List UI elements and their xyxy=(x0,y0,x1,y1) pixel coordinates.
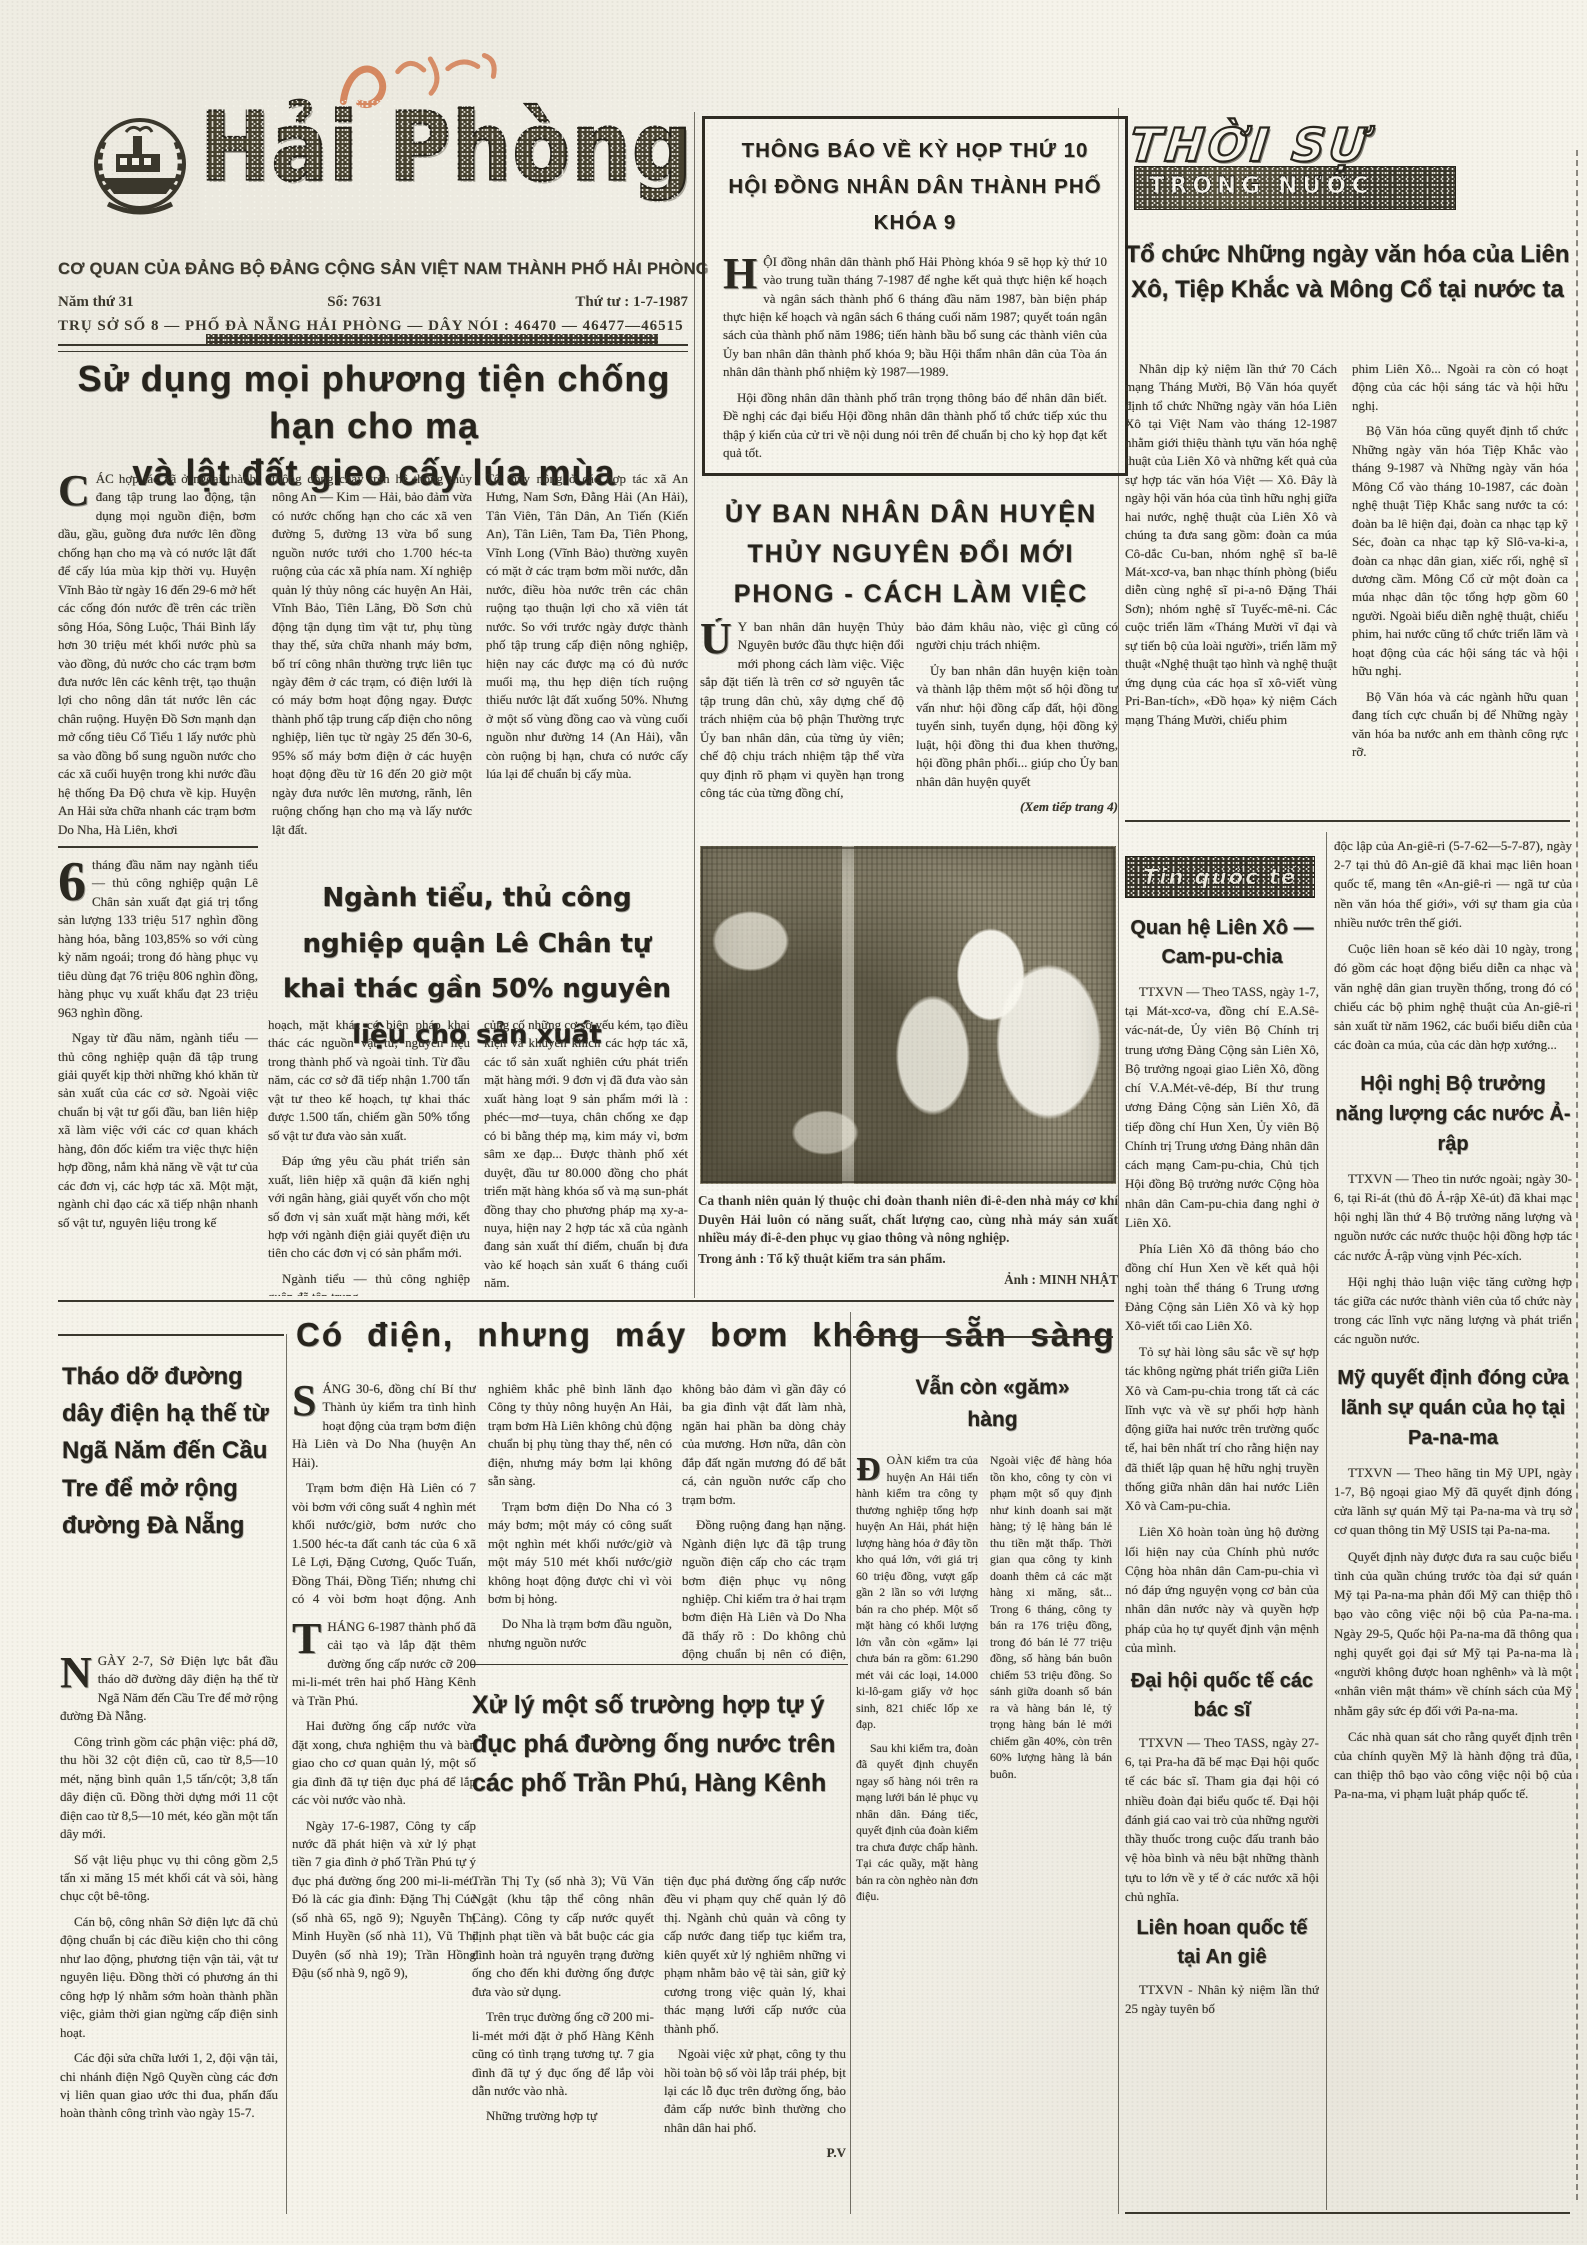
section-rule xyxy=(853,1336,1113,1338)
banner-bar: TRONG NƯỚC xyxy=(1134,166,1456,210)
photo-caption-2: Trong ảnh : Tổ kỹ thuật kiểm tra sản phẩ… xyxy=(698,1250,1118,1269)
paragraph: không bảo đảm vì gần đây có ba gia đình … xyxy=(682,1380,846,1509)
doctors-headline: Đại hội quốc tế các bác sĩ xyxy=(1125,1667,1319,1725)
paragraph: TTXVN - Nhân kỷ niệm lần thứ 25 ngày tuy… xyxy=(1125,1980,1319,2018)
culture-column-1: Nhân dịp kỷ niệm lần thứ 70 Cách mạng Th… xyxy=(1125,360,1337,812)
committee-column-1: ỦY ban nhân dân huyện Thủy Nguyên bước đ… xyxy=(700,618,904,830)
paragraph: phim Liên Xô... Ngoài ra còn có hoạt độn… xyxy=(1352,360,1568,415)
paragraph: Trạm bơm điện Hà Liên có 7 vòi bơm với c… xyxy=(292,1479,476,1608)
paragraph: ỦY ban nhân dân huyện Thủy Nguyên bước đ… xyxy=(700,618,904,803)
panama-headline: Mỹ quyết định đóng cửa lãnh sự quán của … xyxy=(1334,1363,1572,1453)
pumps-column-2: nghiêm khắc phê bình lãnh đạo Công ty th… xyxy=(488,1380,672,1662)
lead-column-1: CÁC hợp tác xã ở ngoại thành đang tập tr… xyxy=(58,470,256,838)
column-rule xyxy=(694,112,695,1298)
paragraph: Đáp ứng yêu cầu phát triển sản xuất, liê… xyxy=(268,1152,470,1263)
paragraph: thông dòng chảy trên hệ thống thủy nông … xyxy=(272,470,472,838)
banner-text-bottom: TRONG NƯỚC xyxy=(1149,173,1374,199)
paragraph: TTXVN — Theo TASS, ngày 27-6, tại Pra-ha… xyxy=(1125,1733,1319,1906)
section-rule xyxy=(58,846,258,848)
culture-headline: Tổ chức Những ngày văn hóa của Liên Xô, … xyxy=(1125,238,1570,308)
paragraph: nghiêm khắc phê bình lãnh đạo Công ty th… xyxy=(488,1380,672,1491)
paragraph: Hội nghị thảo luận việc tăng cường hợp t… xyxy=(1334,1272,1572,1349)
section-rule xyxy=(58,1334,284,1336)
paragraph: Do Nha là trạm bơm đầu nguồn, nhưng nguồ… xyxy=(488,1615,672,1652)
paragraph: Tỏ sự hài lòng sâu sắc về sự hợp tác khô… xyxy=(1125,1342,1319,1515)
paragraph: SÁNG 30-6, đồng chí Bí thư Thành ủy kiểm… xyxy=(292,1380,476,1472)
paragraph: ĐOÀN kiểm tra của huyện An Hải tiến hành… xyxy=(856,1452,978,1733)
paragraph: Quyết định này được đưa ra sau cuộc biểu… xyxy=(1334,1547,1572,1720)
banner-text-top: THỜI SỰ xyxy=(1127,118,1373,172)
dropcap: H xyxy=(723,253,763,291)
paragraph: Hai đường ống cấp nước vừa đặt xong, chư… xyxy=(292,1717,476,1809)
column-rule xyxy=(1326,832,1327,2210)
masthead-tagline: CƠ QUAN CỦA ĐẢNG BỘ ĐẢNG CỘNG SẢN VIỆT N… xyxy=(58,260,688,279)
paragraph: Phía Liên Xô đã thông báo cho đồng chí H… xyxy=(1125,1239,1319,1335)
pipes-column-2: tiện đục phá đường ống cấp nước đều vi p… xyxy=(664,1872,846,2214)
masthead-emblem xyxy=(86,112,194,232)
thoi-su-banner: THỜI SỰ TRONG NƯỚC xyxy=(1130,122,1470,218)
world-right-column: độc lập của An-giê-ri (5-7-62—5-7-87), n… xyxy=(1334,836,1572,2210)
committee-headline: ỦY BAN NHÂN DÂN HUYỆN THỦY NGUYÊN ĐỔI MỚ… xyxy=(704,494,1118,614)
paragraph: Ngày 17-6-1987, Công ty cấp nước đã phát… xyxy=(292,1817,476,1983)
section-rule xyxy=(470,1664,848,1665)
festival-headline: Liên hoan quốc tế tại An giê xyxy=(1125,1914,1319,1972)
continued-note: (Xem tiếp trang 4) xyxy=(916,798,1118,816)
paragraph: Cuộc liên hoan sẽ kéo dài 10 ngày, trong… xyxy=(1334,939,1572,1054)
paragraph: Trạm bơm điện Do Nha có 3 máy bơm; một m… xyxy=(488,1498,672,1609)
paragraph: củng cố những cơ sở yếu kém, tạo điều ki… xyxy=(484,1016,688,1293)
dropcap: C xyxy=(58,470,96,508)
paragraph: Những trường hợp tự xyxy=(472,2107,654,2125)
cambodia-headline: Quan hệ Liên Xô — Cam-pu-chia xyxy=(1125,914,1319,972)
section-rule xyxy=(58,1300,1114,1302)
paragraph: Các đội sửa chữa lưới 1, 2, đội vận tải,… xyxy=(60,2049,278,2123)
paragraph: Hội đồng nhân dân thành phố trân trọng t… xyxy=(723,389,1107,463)
paragraph: tiện đục phá đường ống cấp nước đều vi p… xyxy=(664,1872,846,2038)
lechan-column-3: củng cố những cơ sở yếu kém, tạo điều ki… xyxy=(484,1016,688,1296)
paragraph: Số vật liệu phục vụ thi công gồm 2,5 tấn… xyxy=(60,1851,278,1906)
paragraph: Cán bộ, công nhân Sở điện lực đã chủ độn… xyxy=(60,1913,278,2042)
pipes-column-1: Trần Thị Tỵ (số nhà 3); Vũ Văn Ngật (khu… xyxy=(472,1872,654,2214)
article-photo xyxy=(700,846,1116,1184)
photo-credit: Ảnh : MINH NHẬT xyxy=(698,1271,1118,1290)
masthead-title-underline xyxy=(206,334,658,344)
dropcap: Đ xyxy=(856,1452,887,1484)
byline: P.V xyxy=(664,2144,846,2162)
pipes-left-column: THÁNG 6-1987 thành phố đã cải tạo và lắp… xyxy=(292,1618,476,2214)
culture-column-2: phim Liên Xô... Ngoài ra còn có hoạt độn… xyxy=(1352,360,1568,812)
world-news-banner: Tin quốc tế xyxy=(1125,856,1315,898)
paragraph-text: ÁC hợp tác xã ở ngoại thành đang tập tru… xyxy=(58,471,256,837)
masthead-address: TRỤ SỞ SỐ 8 — PHỐ ĐÀ NẴNG HẢI PHÒNG — DÂ… xyxy=(58,318,688,335)
paragraph: HỘI đồng nhân dân thành phố Hải Phòng kh… xyxy=(723,253,1107,382)
masthead-info-row: Năm thứ 31 Số: 7631 Thứ tư : 1-7-1987 xyxy=(58,294,688,311)
paragraph: Đồng ruộng đang hạn nặng. Ngành điện lực… xyxy=(682,1516,846,1662)
dropcap: N xyxy=(60,1652,98,1690)
announcement-box: THÔNG BÁO VỀ KỲ HỌP THỨ 10 HỘI ĐỒNG NHÂN… xyxy=(702,116,1128,476)
power-headline: Tháo dỡ đường dây điện hạ thế từ Ngã Năm… xyxy=(62,1358,276,1544)
lead-column-2: thông dòng chảy trên hệ thống thủy nông … xyxy=(272,470,472,838)
paragraph: TTXVN — Theo hãng tin Mỹ UPI, ngày 1-7, … xyxy=(1334,1463,1572,1540)
power-column: NGÀY 2-7, Sở Điện lực bắt đầu tháo dỡ đư… xyxy=(60,1652,278,2214)
paragraph: Ngành tiểu — thủ công nghiệp quận đã tập… xyxy=(268,1270,470,1296)
pumps-headline: Có điện, nhưng máy bơm không sẵn sàng xyxy=(296,1316,1096,1354)
section-rule xyxy=(1125,820,1570,822)
world-left-column: Tin quốc tế Quan hệ Liên Xô — Cam-pu-chi… xyxy=(1125,856,1319,2210)
dropcap: S xyxy=(292,1380,322,1418)
committee-column-2: bảo đảm khâu nào, việc gì cũng có người … xyxy=(916,618,1118,830)
hoard-headline: Vẫn còn «găm» hàng xyxy=(900,1372,1085,1435)
paragraph: độc lập của An-giê-ri (5-7-62—5-7-87), n… xyxy=(1334,836,1572,932)
lead-headline-line1: Sử dụng mọi phương tiện chống hạn cho mạ xyxy=(58,356,690,450)
newspaper-page: Hải Phòng CƠ QUAN CỦA ĐẢNG BỘ ĐẢNG CỘNG … xyxy=(0,0,1587,2245)
paragraph: TTXVN — Theo TASS, ngày 1-7, tại Mát-xcơ… xyxy=(1125,982,1319,1232)
scan-edge-marks xyxy=(1576,150,1578,2200)
paragraph: Ngoài việc để hàng hóa tồn kho, công ty … xyxy=(990,1452,1112,1782)
paragraph: Công trình gồm các phận việc: phá dỡ, th… xyxy=(60,1733,278,1844)
paragraph: Trần Thị Tỵ (số nhà 3); Vũ Văn Ngật (khu… xyxy=(472,1872,654,2001)
paragraph: Bộ Văn hóa và các ngành hữu quan đang tí… xyxy=(1352,688,1568,762)
paragraph: TTXVN — Theo tin nước ngoài; ngày 30-6, … xyxy=(1334,1169,1572,1265)
energy-headline: Hội nghị Bộ trưởng năng lượng các nước Ả… xyxy=(1334,1069,1572,1159)
paragraph: CÁC hợp tác xã ở ngoại thành đang tập tr… xyxy=(58,470,256,838)
photo-caption: Ca thanh niên quản lý thuộc chi đoàn tha… xyxy=(698,1192,1118,1248)
masthead-issue: Số: 7631 xyxy=(327,294,382,311)
lead-column-3: Tổ thủy nông ở các hợp tác xã An Hưng, N… xyxy=(486,470,688,838)
paragraph: Nhân dịp kỷ niệm lần thứ 70 Cách mạng Th… xyxy=(1125,360,1337,729)
lechan-intro-column: 6tháng đầu năm nay ngành tiểu — thủ công… xyxy=(58,856,258,1296)
column-rule xyxy=(286,1334,287,2214)
paragraph-text: OÀN kiểm tra của huyện An Hải tiến hành … xyxy=(856,1453,978,1731)
masthead-date: Thứ tư : 1-7-1987 xyxy=(575,294,688,311)
bottom-rule xyxy=(1125,2212,1570,2214)
paragraph: Trên trục đường ống cỡ 200 mi-li-mét mới… xyxy=(472,2008,654,2100)
lechan-column-2: hoạch, mặt khác có biện pháp khai thác c… xyxy=(268,1016,470,1296)
paragraph: Liên Xô hoàn toàn ủng hộ đường lối hiện … xyxy=(1125,1522,1319,1657)
paragraph: hoạch, mặt khác có biện pháp khai thác c… xyxy=(268,1016,470,1145)
paragraph-text: ỘI đồng nhân dân thành phố Hải Phòng khó… xyxy=(723,254,1107,380)
masthead-year: Năm thứ 31 xyxy=(58,294,134,311)
paragraph: 6tháng đầu năm nay ngành tiểu — thủ công… xyxy=(58,856,258,1022)
pumps-column-1: SÁNG 30-6, đồng chí Bí thư Thành ủy kiểm… xyxy=(292,1380,476,1608)
photo-caption-block: Ca thanh niên quản lý thuộc chi đoàn tha… xyxy=(698,1192,1118,1290)
paragraph: Ngoài việc xử phạt, công ty thu hồi toàn… xyxy=(664,2045,846,2137)
masthead-title-wrap: Hải Phòng xyxy=(200,100,680,220)
paragraph: NGÀY 2-7, Sở Điện lực bắt đầu tháo dỡ đư… xyxy=(60,1652,278,1726)
paragraph: Ủy ban nhân dân huyện kiện toàn và thành… xyxy=(916,662,1118,791)
newspaper-title: Hải Phòng xyxy=(200,100,680,194)
masthead-rule xyxy=(58,344,688,352)
pumps-column-3: không bảo đảm vì gần đây có ba gia đình … xyxy=(682,1380,846,1662)
dropcap: Ủ xyxy=(700,618,738,656)
column-rule xyxy=(850,1312,851,2214)
city-emblem-icon xyxy=(86,112,194,232)
dropcap: 6 xyxy=(58,856,92,904)
dropcap: T xyxy=(292,1618,327,1656)
hoard-column-2: Ngoài việc để hàng hóa tồn kho, công ty … xyxy=(990,1452,1112,2212)
paragraph: THÁNG 6-1987 thành phố đã cải tạo và lắp… xyxy=(292,1618,476,1710)
paragraph: Tổ thủy nông ở các hợp tác xã An Hưng, N… xyxy=(486,470,688,784)
paragraph: Ngay từ đầu năm, ngành tiểu — thủ công n… xyxy=(58,1029,258,1232)
hoard-column-1: ĐOÀN kiểm tra của huyện An Hải tiến hành… xyxy=(856,1452,978,2212)
paragraph: Các nhà quan sát cho rằng quyết định trê… xyxy=(1334,1727,1572,1804)
announcement-title: THÔNG BÁO VỀ KỲ HỌP THỨ 10 HỘI ĐỒNG NHÂN… xyxy=(723,133,1107,241)
paragraph: Sau khi kiểm tra, đoàn đã quyết định chu… xyxy=(856,1740,978,1905)
paragraph: bảo đảm khâu nào, việc gì cũng có người … xyxy=(916,618,1118,655)
paragraph: Bộ Văn hóa cũng quyết định tổ chức Những… xyxy=(1352,422,1568,680)
pipes-headline: Xử lý một số trường hợp tự ý đục phá đườ… xyxy=(472,1686,846,1802)
